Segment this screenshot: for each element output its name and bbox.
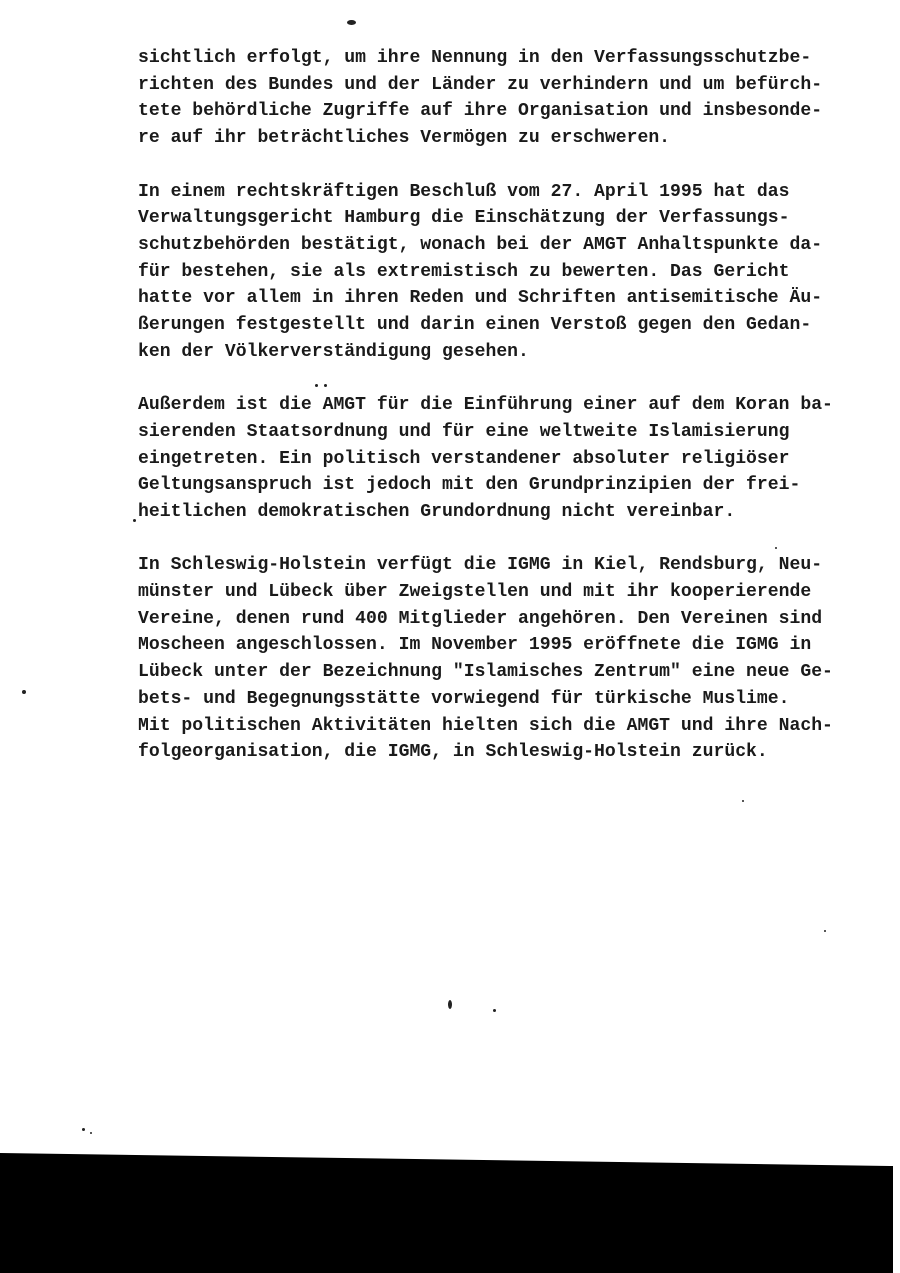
text-line: heitlichen demokratischen Grundordnung n… (138, 499, 858, 526)
text-line: schutzbehörden bestätigt, wonach bei der… (138, 232, 858, 259)
scan-artifact (22, 690, 26, 694)
text-line: Geltungsanspruch ist jedoch mit den Grun… (138, 472, 858, 499)
text-line: hatte vor allem in ihren Reden und Schri… (138, 285, 858, 312)
text-line: Vereine, denen rund 400 Mitglieder angeh… (138, 606, 858, 633)
text-line: eingetreten. Ein politisch verstandener … (138, 446, 858, 473)
scan-artifact (347, 20, 356, 25)
scan-artifact (82, 1128, 85, 1131)
paragraph-court-ruling: In einem rechtskräftigen Beschluß vom 27… (138, 179, 858, 366)
text-line: Lübeck unter der Bezeichnung "Islamische… (138, 659, 858, 686)
scan-artifact (133, 519, 136, 522)
text-line: ken der Völkerverständigung gesehen. (138, 339, 858, 366)
paragraph-schleswig-holstein: In Schleswig-Holstein verfügt die IGMG i… (138, 552, 858, 766)
text-line: Mit politischen Aktivitäten hielten sich… (138, 713, 858, 740)
text-line: Moscheen angeschlossen. Im November 1995… (138, 632, 858, 659)
scan-artifact (448, 1000, 452, 1009)
text-line: In Schleswig-Holstein verfügt die IGMG i… (138, 552, 858, 579)
text-line: In einem rechtskräftigen Beschluß vom 27… (138, 179, 858, 206)
scanned-page: sichtlich erfolgt, um ihre Nennung in de… (0, 0, 900, 1273)
text-line: richten des Bundes und der Länder zu ver… (138, 72, 858, 99)
paragraph-amgt-intent: sichtlich erfolgt, um ihre Nennung in de… (138, 45, 858, 152)
scan-artifact (742, 800, 744, 802)
text-line: tete behördliche Zugriffe auf ihre Organ… (138, 98, 858, 125)
text-line: ßerungen festgestellt und darin einen Ve… (138, 312, 858, 339)
text-line: münster und Lübeck über Zweigstellen und… (138, 579, 858, 606)
text-line: für bestehen, sie als extremistisch zu b… (138, 259, 858, 286)
scan-artifact (90, 1132, 92, 1134)
paragraph-islamization: Außerdem ist die AMGT für die Einführung… (138, 392, 858, 526)
scan-black-border (0, 1150, 893, 1273)
text-line: bets- und Begegnungsstätte vorwiegend fü… (138, 686, 858, 713)
text-line: sierenden Staatsordnung und für eine wel… (138, 419, 858, 446)
text-line: folgeorganisation, die IGMG, in Schleswi… (138, 739, 858, 766)
text-line: Verwaltungsgericht Hamburg die Einschätz… (138, 205, 858, 232)
scan-artifact (824, 930, 826, 932)
text-line: sichtlich erfolgt, um ihre Nennung in de… (138, 45, 858, 72)
scan-artifact (493, 1009, 496, 1012)
document-body: sichtlich erfolgt, um ihre Nennung in de… (138, 45, 858, 793)
text-line: re auf ihr beträchtliches Vermögen zu er… (138, 125, 858, 152)
text-line: Außerdem ist die AMGT für die Einführung… (138, 392, 858, 419)
